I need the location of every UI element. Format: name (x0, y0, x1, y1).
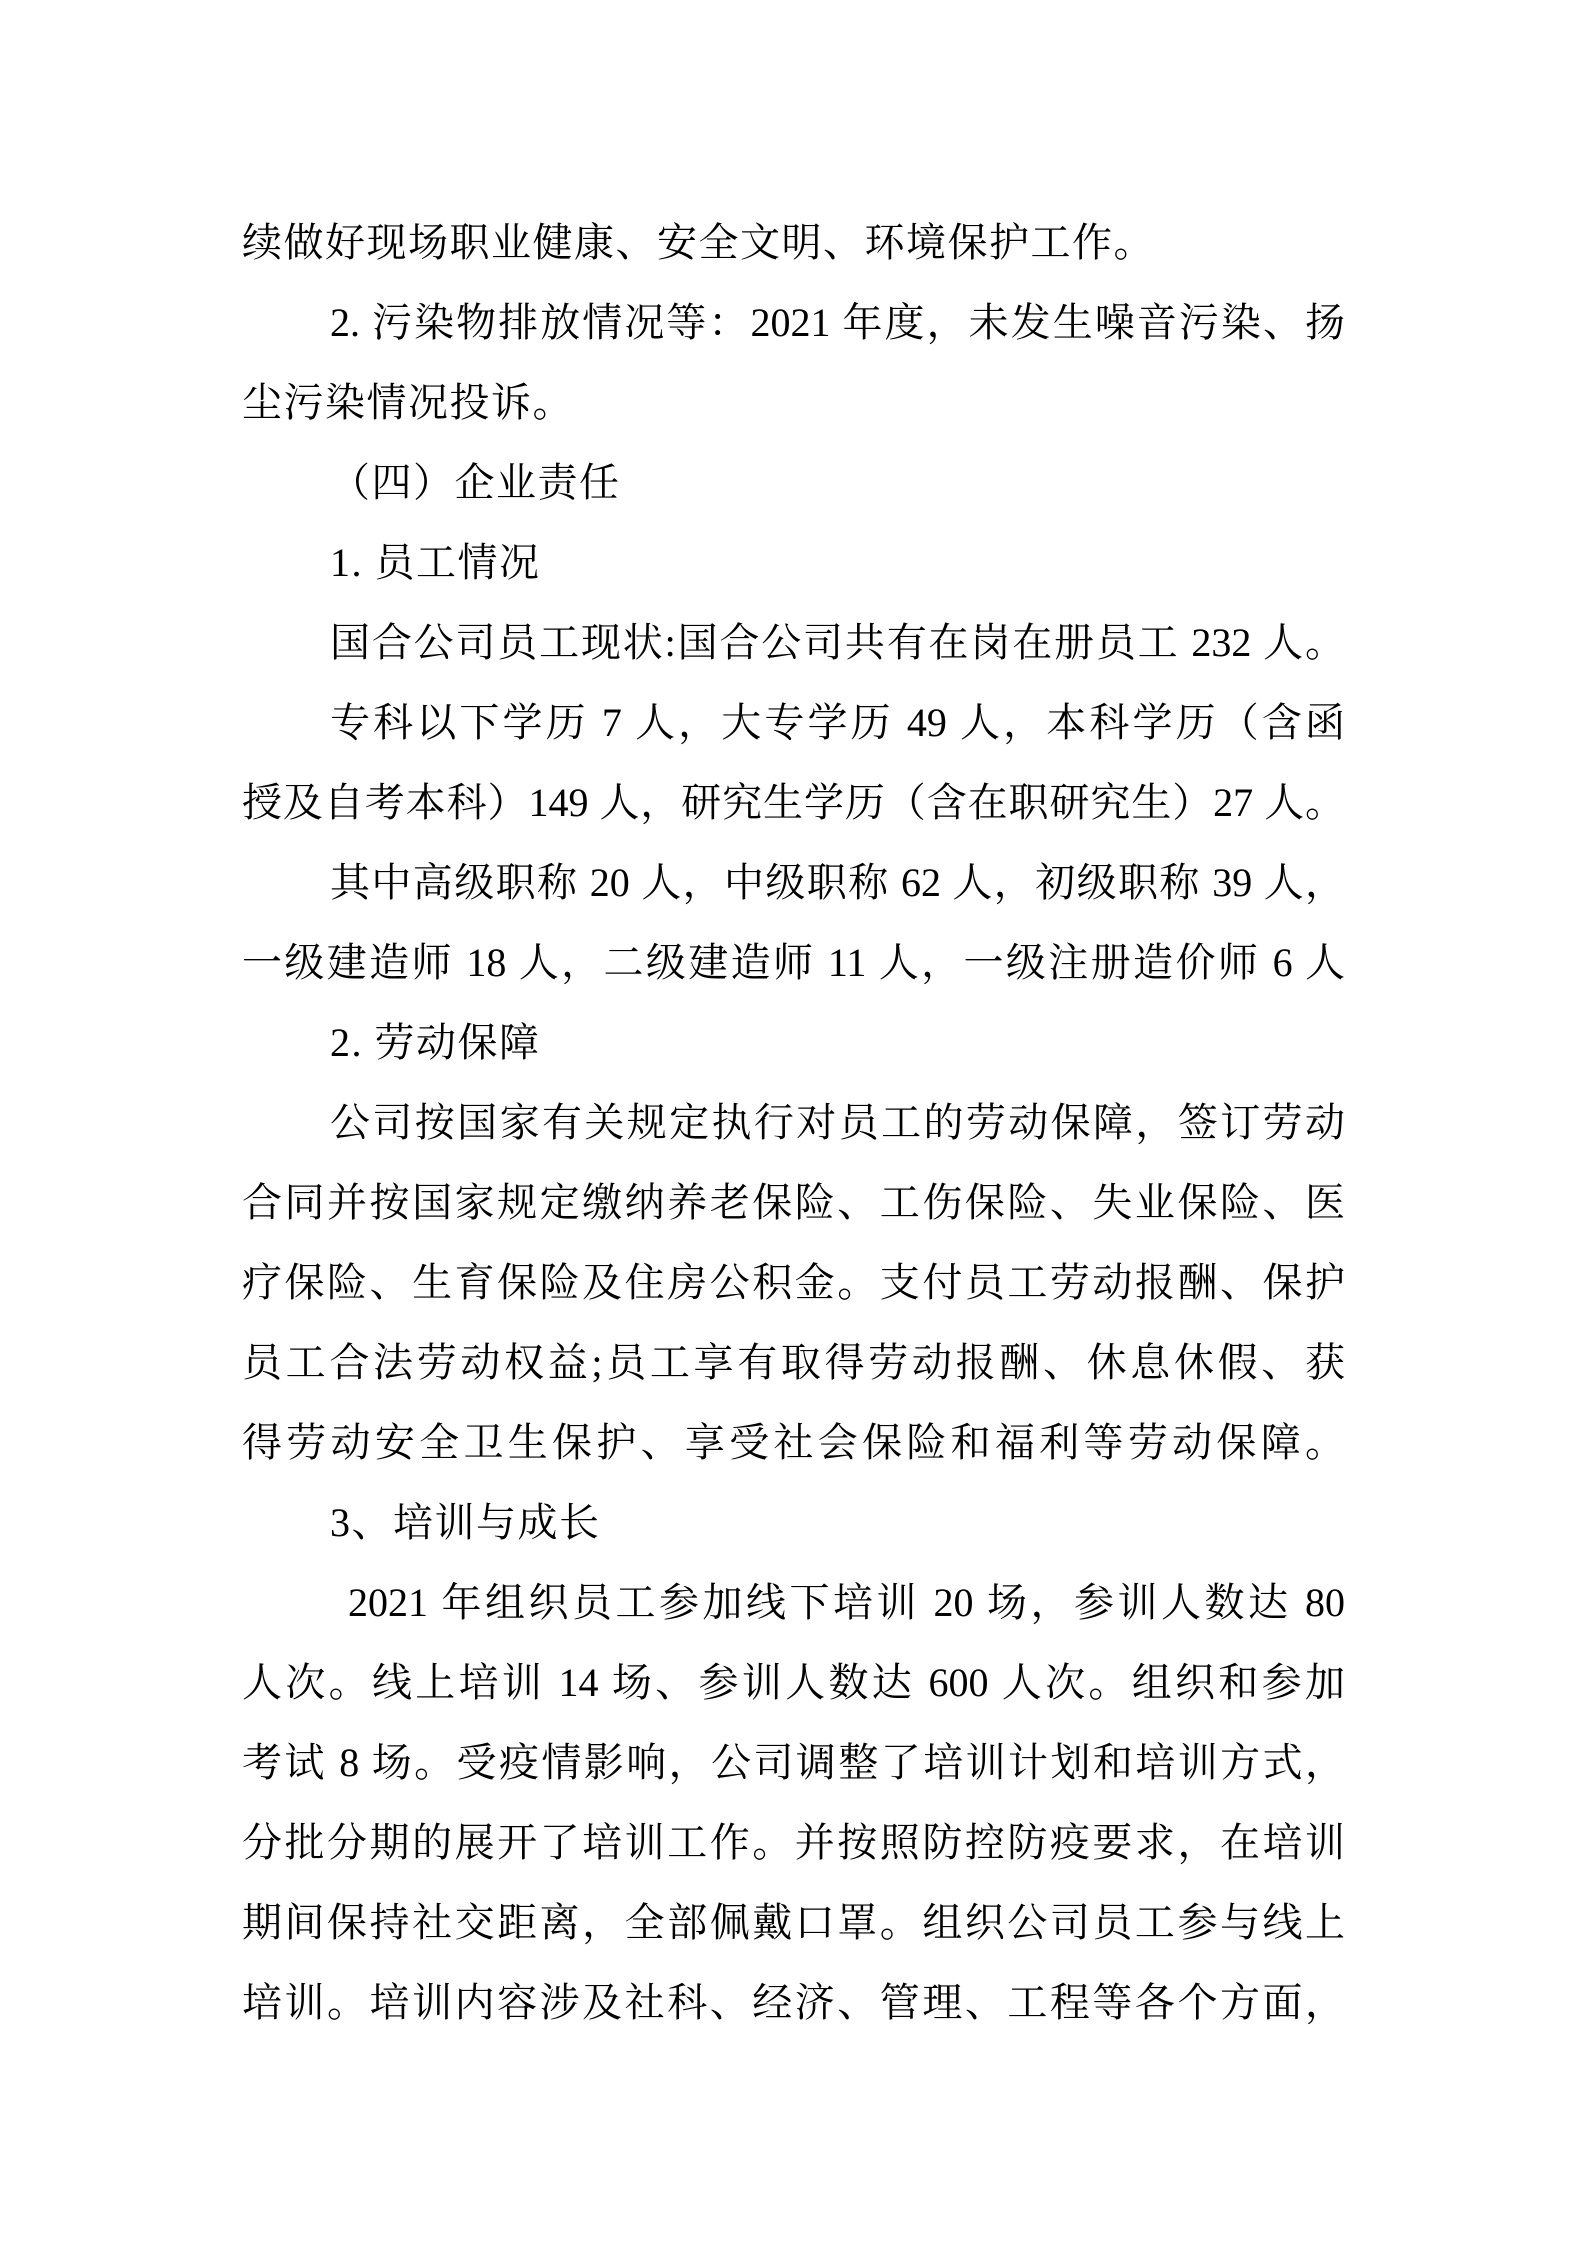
text-line: 合同并按国家规定缴纳养老保险、工伤保险、失业保险、医 (242, 1163, 1345, 1243)
text-line: 期间保持社交距离，全部佩戴口罩。组织公司员工参与线上 (242, 1883, 1345, 1963)
text-line: 2. 污染物排放情况等：2021 年度，未发生噪音污染、扬 (242, 283, 1345, 363)
text-line: 分批分期的展开了培训工作。并按照防控防疫要求，在培训 (242, 1803, 1345, 1883)
text-line: 国合公司员工现状:国合公司共有在岗在册员工 232 人。 (242, 603, 1345, 683)
text-line: 一级建造师 18 人，二级建造师 11 人，一级注册造价师 6 人 (242, 923, 1345, 1003)
text-line: 考试 8 场。受疫情影响，公司调整了培训计划和培训方式， (242, 1723, 1345, 1803)
text-line: 2021 年组织员工参加线下培训 20 场，参训人数达 80 (242, 1563, 1345, 1643)
document-text-block: 续做好现场职业健康、安全文明、环境保护工作。 2. 污染物排放情况等：2021 … (242, 203, 1345, 2043)
text-line: 人次。线上培训 14 场、参训人数达 600 人次。组织和参加 (242, 1643, 1345, 1723)
text-line: 授及自考本科）149 人，研究生学历（含在职研究生）27 人。 (242, 763, 1345, 843)
document-page: 续做好现场职业健康、安全文明、环境保护工作。 2. 污染物排放情况等：2021 … (0, 0, 1587, 2245)
text-line: 培训。培训内容涉及社科、经济、管理、工程等各个方面， (242, 1963, 1345, 2043)
text-line: 续做好现场职业健康、安全文明、环境保护工作。 (242, 203, 1345, 283)
sub-heading: 3、培训与成长 (242, 1483, 1345, 1563)
text-line: 尘污染情况投诉。 (242, 363, 1345, 443)
sub-heading: 2. 劳动保障 (242, 1003, 1345, 1083)
text-line: 专科以下学历 7 人，大专学历 49 人，本科学历（含函 (242, 683, 1345, 763)
text-line: 公司按国家有关规定执行对员工的劳动保障，签订劳动 (242, 1083, 1345, 1163)
text-line: 员工合法劳动权益;员工享有取得劳动报酬、休息休假、获 (242, 1323, 1345, 1403)
section-heading: （四）企业责任 (242, 443, 1345, 523)
text-line: 疗保险、生育保险及住房公积金。支付员工劳动报酬、保护 (242, 1243, 1345, 1323)
text-line: 其中高级职称 20 人，中级职称 62 人，初级职称 39 人， (242, 843, 1345, 923)
text-line: 得劳动安全卫生保护、享受社会保险和福利等劳动保障。 (242, 1403, 1345, 1483)
sub-heading: 1. 员工情况 (242, 523, 1345, 603)
